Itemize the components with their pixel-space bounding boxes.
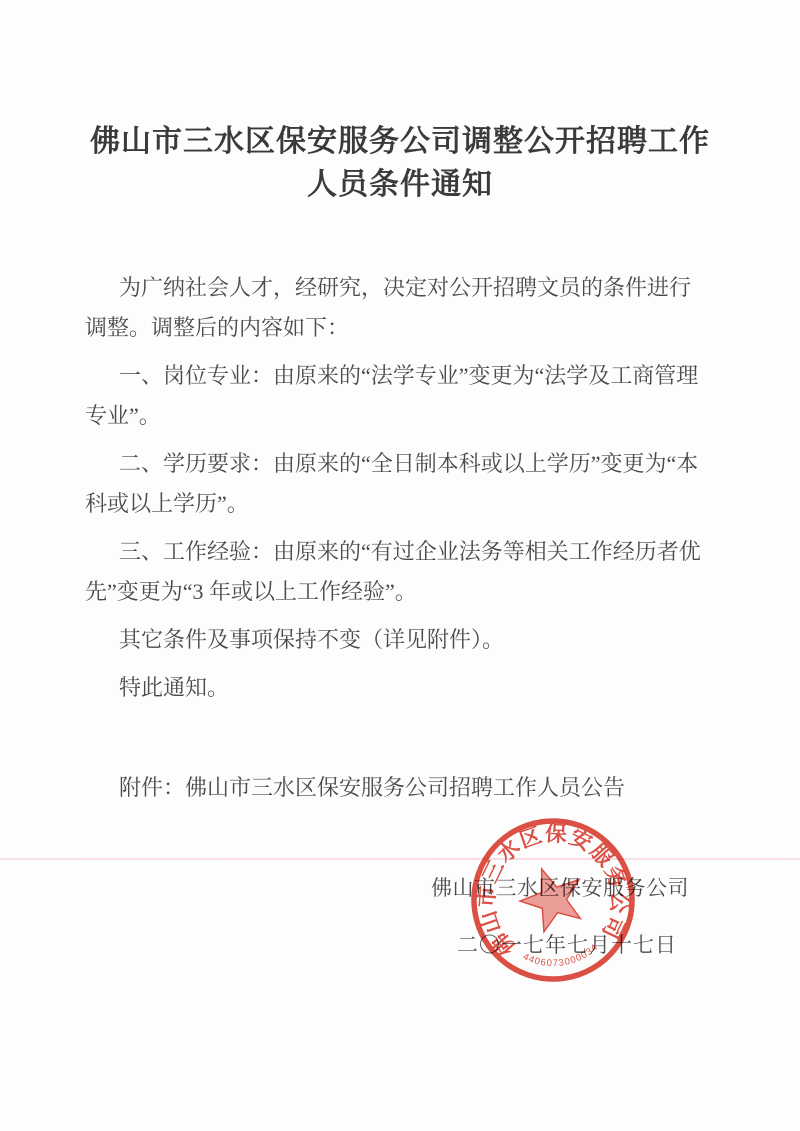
page-title: 佛山市三水区保安服务公司调整公开招聘工作 人员条件通知 bbox=[80, 120, 720, 206]
notice-item-3: 三、工作经验：由原来的“有过企业法务等相关工作经历者优先”变更为“3 年或以上工… bbox=[85, 532, 705, 612]
notice-paragraph-intro: 为广纳社会人才，经研究，决定对公开招聘文员的条件进行调整。调整后的内容如下： bbox=[85, 268, 705, 348]
notice-paragraph-closing: 特此通知。 bbox=[85, 668, 705, 708]
attachment-line: 附件：佛山市三水区保安服务公司招聘工作人员公告 bbox=[85, 768, 745, 808]
star-icon bbox=[516, 864, 586, 934]
page-title-line2: 人员条件通知 bbox=[307, 168, 493, 201]
notice-body: 为广纳社会人才，经研究，决定对公开招聘文员的条件进行调整。调整后的内容如下： 一… bbox=[85, 268, 705, 716]
notice-item-1: 一、岗位专业：由原来的“法学专业”变更为“法学及工商管理专业”。 bbox=[85, 356, 705, 436]
scanned-notice-page: 佛山市三水区保安服务公司调整公开招聘工作 人员条件通知 为广纳社会人才，经研究，… bbox=[0, 0, 800, 1131]
notice-item-2: 二、学历要求：由原来的“全日制本科或以上学历”变更为“本科或以上学历”。 bbox=[85, 444, 705, 524]
official-seal: 佛山市三水区保安服务公司 4406073000034 bbox=[449, 796, 657, 1004]
notice-paragraph-other-conditions: 其它条件及事项保持不变（详见附件）。 bbox=[85, 620, 705, 660]
scan-artifact-line bbox=[0, 858, 800, 860]
page-title-line1: 佛山市三水区保安服务公司调整公开招聘工作 bbox=[90, 125, 710, 158]
